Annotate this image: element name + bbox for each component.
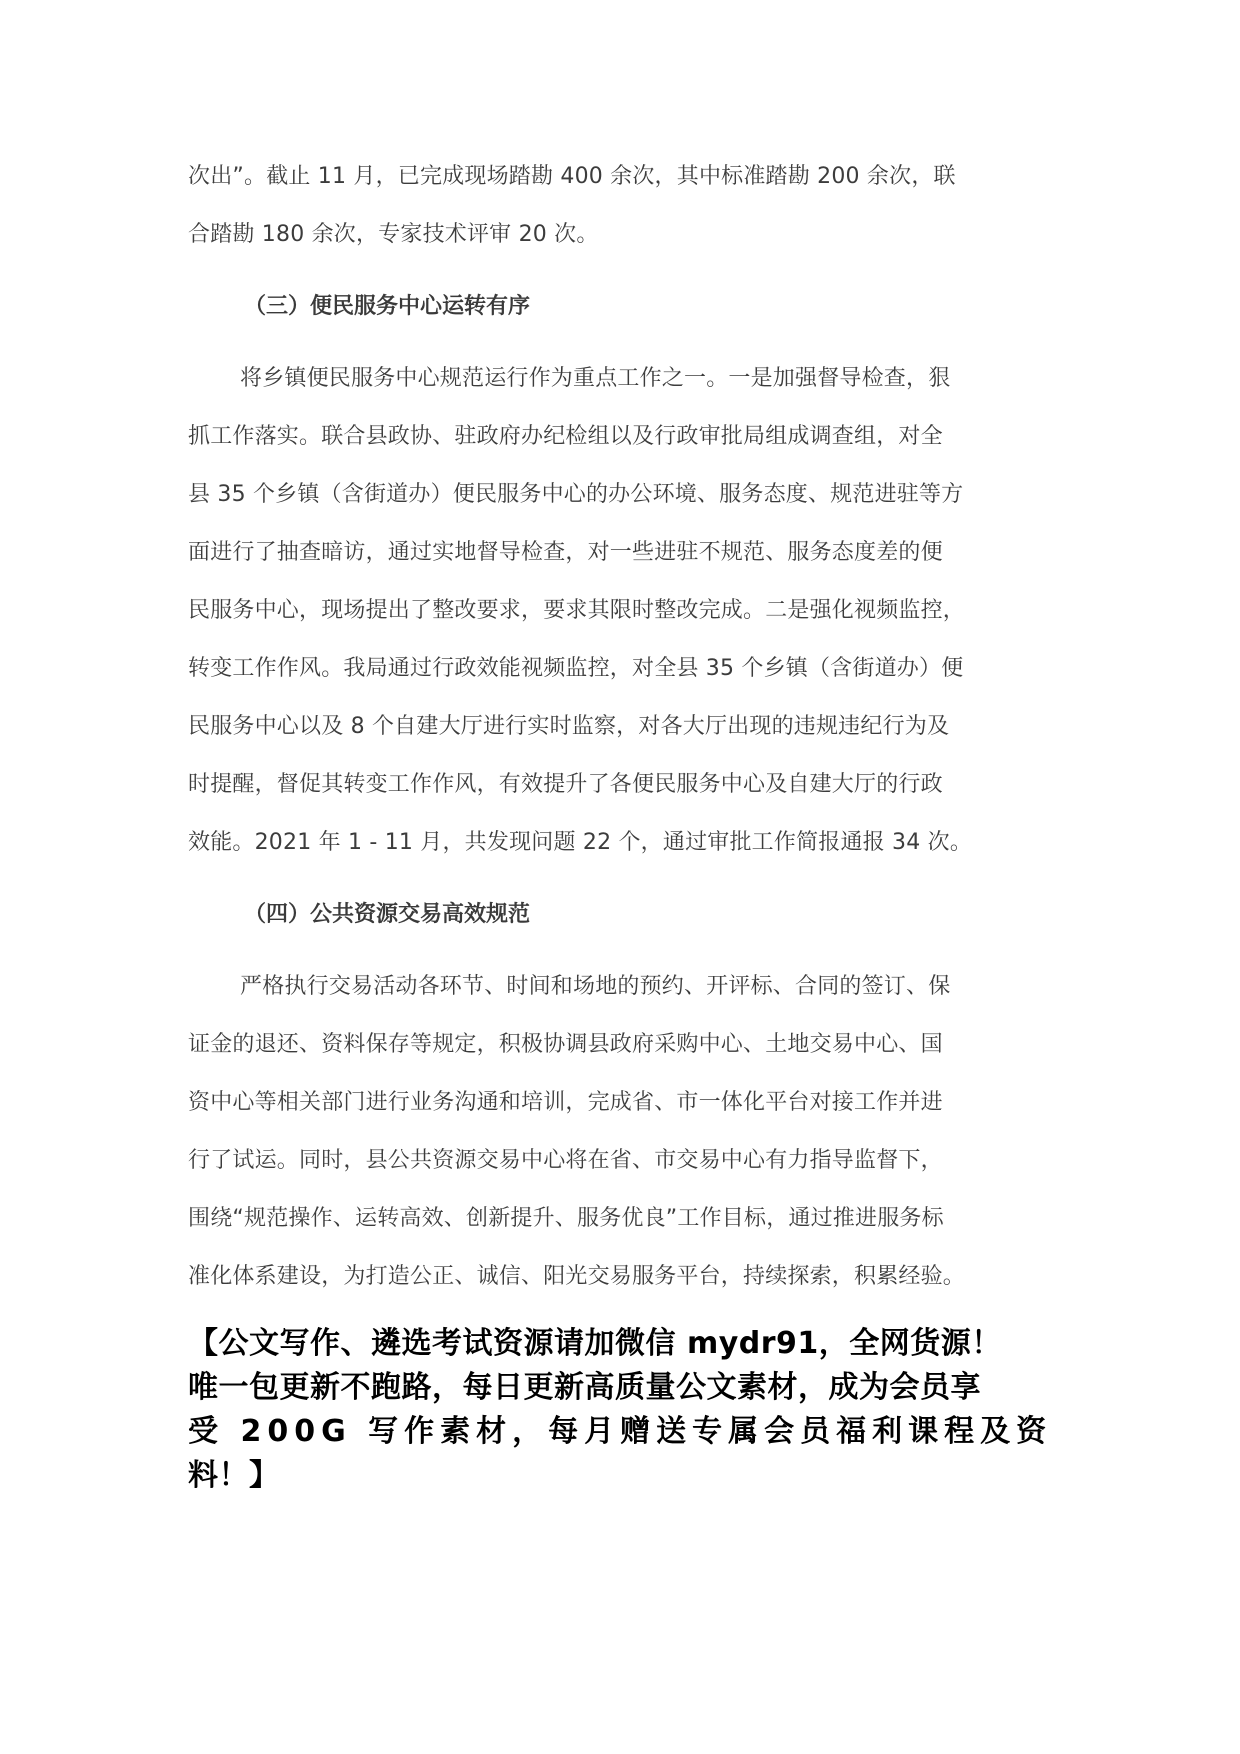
body-text-line: 转变工作作风。我局通过行政效能视频监控，对全县 35 个乡镇（含街道办）便 <box>188 654 963 684</box>
section-heading-4: （四）公共资源交易高效规范 <box>244 900 530 930</box>
body-text-line: 准化体系建设，为打造公正、诚信、阳光交易服务平台，持续探索，积累经验。 <box>188 1262 965 1292</box>
body-text-line: 县 35 个乡镇（含街道办）便民服务中心的办公环境、服务态度、规范进驻等方 <box>188 480 963 510</box>
promo-text-line: 受 200G 写作素材，每月赠送专属会员福利课程及资 <box>188 1413 1052 1451</box>
body-text-line: 行了试运。同时，县公共资源交易中心将在省、市交易中心有力指导监督下， <box>188 1146 943 1176</box>
body-text-line: 证金的退还、资料保存等规定，积极协调县政府采购中心、土地交易中心、国 <box>188 1030 943 1060</box>
body-text-line: 民服务中心以及 8 个自建大厅进行实时监察，对各大厅出现的违规违纪行为及 <box>188 712 949 742</box>
body-text-line: 时提醒，督促其转变工作作风，有效提升了各便民服务中心及自建大厅的行政 <box>188 770 943 800</box>
body-text-line: 效能。2021 年 1 - 11 月，共发现问题 22 个，通过审批工作简报通报… <box>188 828 972 858</box>
body-text-line: 面进行了抽查暗访，通过实地督导检查，对一些进驻不规范、服务态度差的便 <box>188 538 943 568</box>
section-heading-3: （三）便民服务中心运转有序 <box>244 292 530 322</box>
body-text-line: 民服务中心，现场提出了整改要求，要求其限时整改完成。二是强化视频监控， <box>188 596 965 626</box>
body-text-line: 将乡镇便民服务中心规范运行作为重点工作之一。一是加强督导检查，狠 <box>240 364 950 394</box>
document-page: 次出”。截止 11 月，已完成现场踏勘 400 余次，其中标准踏勘 200 余次… <box>0 0 1240 1754</box>
body-text-line: 围绕“规范操作、运转高效、创新提升、服务优良”工作目标，通过推进服务标 <box>188 1204 944 1234</box>
body-text-line: 资中心等相关部门进行业务沟通和培训，完成省、市一体化平台对接工作并进 <box>188 1088 943 1118</box>
body-text-line: 抓工作落实。联合县政协、驻政府办纪检组以及行政审批局组成调查组，对全 <box>188 422 943 452</box>
body-text-line: 合踏勘 180 余次，专家技术评审 20 次。 <box>188 220 599 250</box>
body-text-line: 严格执行交易活动各环节、时间和场地的预约、开评标、合同的签订、保 <box>240 972 950 1002</box>
promo-text-line: 【公文写作、遴选考试资源请加微信 mydr91，全网货源！ <box>188 1325 1002 1363</box>
promo-text-line: 料！】 <box>188 1457 280 1495</box>
promo-text-line: 唯一包更新不跑路，每日更新高质量公文素材，成为会员享 <box>188 1369 981 1407</box>
body-text-line: 次出”。截止 11 月，已完成现场踏勘 400 余次，其中标准踏勘 200 余次… <box>188 162 956 192</box>
